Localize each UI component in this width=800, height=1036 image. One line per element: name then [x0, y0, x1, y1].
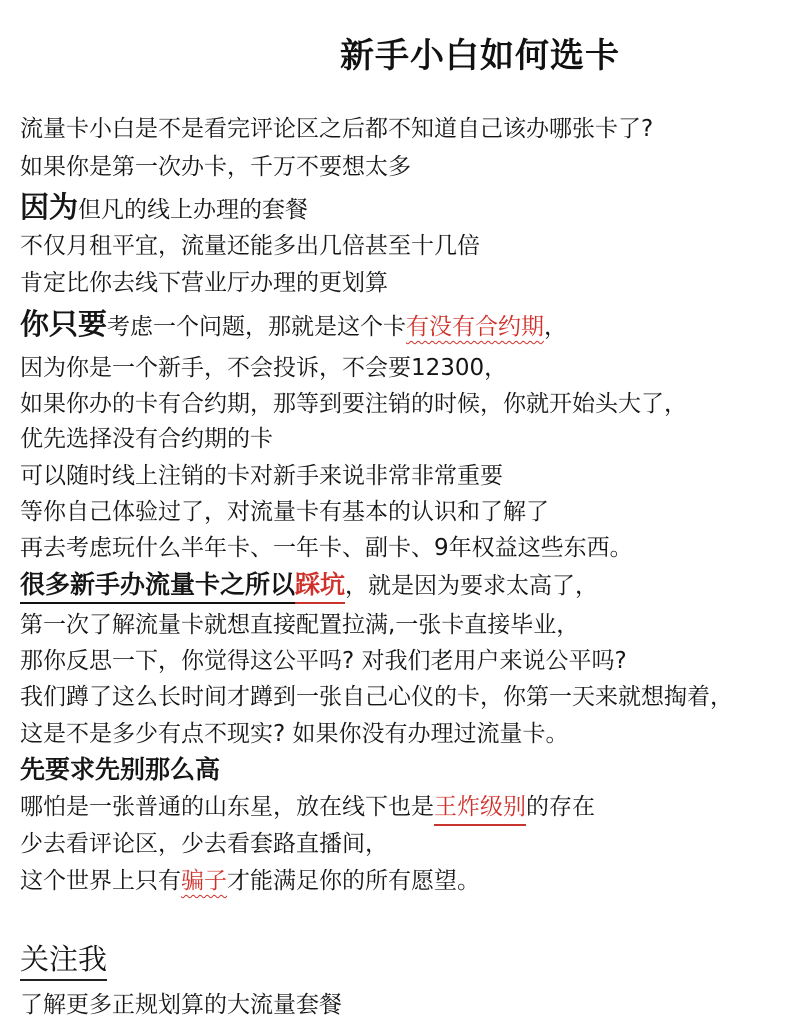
paragraph-line: 你只要考虑一个问题，那就是这个卡有没有合约期， — [20, 309, 567, 342]
paragraph-line: 如果你是第一次办卡，千万不要想太多 — [20, 152, 411, 182]
bold-heading-line: 先要求先别那么高 — [20, 755, 220, 785]
highlight-red-underlined: 踩坑 — [295, 570, 345, 604]
paragraph-line: 因为但凡的线上办理的套餐 — [20, 192, 308, 225]
paragraph-line: 优先选择没有合约期的卡 — [20, 424, 273, 454]
paragraph-line: 不仅月租平宜，流量还能多出几倍甚至十几倍 — [20, 231, 480, 261]
paragraph-line: 我们蹲了这么长时间才蹲到一张自己心仪的卡，你第一天来就想掏着， — [20, 682, 733, 712]
bold-underlined-text: 很多新手办流量卡之所以 — [20, 570, 295, 604]
bold-lead-text: 因为 — [20, 190, 78, 224]
paragraph-line: 因为你是一个新手，不会投诉，不会要12300， — [20, 353, 507, 383]
line-text: ， — [544, 314, 567, 340]
footer-tagline: 了解更多正规划算的大流量套餐 — [20, 990, 342, 1020]
paragraph-line: 少去看评论区，少去看套路直播间， — [20, 829, 388, 859]
line-text: 这个世界上只有 — [20, 868, 181, 894]
paragraph-line: 那你反思一下，你觉得这公平吗? 对我们老用户来说公平吗? — [20, 646, 627, 676]
bold-lead-text: 你只要 — [20, 307, 107, 341]
follow-me-text: 关注我 — [20, 942, 107, 981]
follow-me-line: 关注我 — [20, 944, 107, 977]
line-text: ，就是因为要求太高了， — [345, 573, 598, 599]
line-text: 考虑一个问题，那就是这个卡 — [107, 314, 406, 340]
paragraph-line: 这是不是多少有点不现实? 如果你没有办理过流量卡。 — [20, 719, 569, 749]
paragraph-line: 哪怕是一张普通的山东星，放在线下也是王炸级别的存在 — [20, 792, 595, 826]
paragraph-line: 肯定比你去线下营业厅办理的更划算 — [20, 268, 388, 298]
paragraph-line: 流量卡小白是不是看完评论区之后都不知道自己该办哪张卡了? — [20, 114, 653, 144]
paragraph-line: 如果你办的卡有合约期，那等到要注销的时候，你就开始头大了， — [20, 389, 687, 419]
line-text: 的存在 — [526, 794, 595, 820]
page-title: 新手小白如何选卡 — [0, 28, 800, 77]
line-text: 才能满足你的所有愿望。 — [227, 868, 480, 894]
line-text: 但凡的线上办理的套餐 — [78, 197, 308, 223]
paragraph-line: 可以随时线上注销的卡对新手来说非常非常重要 — [20, 461, 503, 491]
highlight-red-wavy: 骗子 — [181, 868, 227, 894]
paragraph-line: 第一次了解流量卡就想直接配置拉满,一张卡直接毕业， — [20, 610, 579, 640]
paragraph-line: 这个世界上只有骗子才能满足你的所有愿望。 — [20, 866, 480, 896]
line-text: 哪怕是一张普通的山东星，放在线下也是 — [20, 794, 434, 820]
highlight-red-wavy: 有没有合约期 — [406, 314, 544, 340]
paragraph-line: 等你自己体验过了，对流量卡有基本的认识和了解了 — [20, 497, 549, 527]
highlight-red-underlined: 王炸级别 — [434, 792, 526, 826]
paragraph-line: 再去考虑玩什么半年卡、一年卡、副卡、9年权益这些东西。 — [20, 533, 633, 563]
paragraph-line: 很多新手办流量卡之所以踩坑，就是因为要求太高了， — [20, 570, 598, 604]
